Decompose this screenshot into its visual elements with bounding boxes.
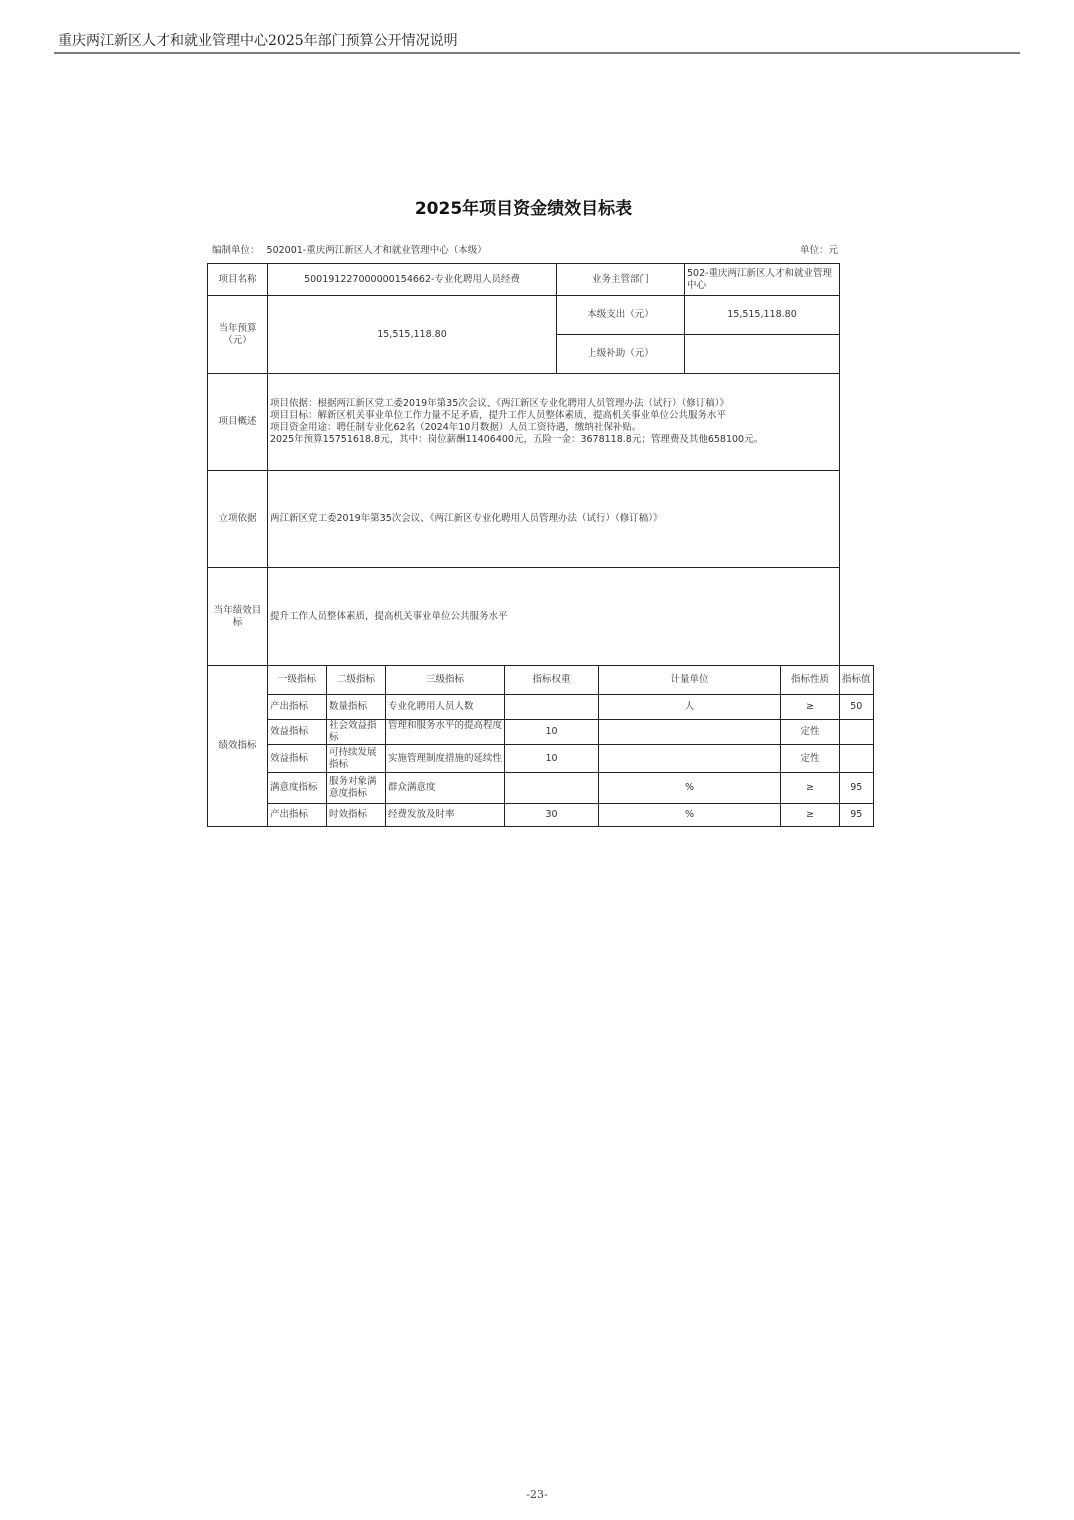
header-rule: [54, 52, 1020, 54]
upper-subsidy-label: 上级补助（元）: [557, 335, 685, 374]
compiling-unit: 编制单位： 502001-重庆两江新区人才和就业管理中心（本级）: [212, 242, 487, 256]
indicator-nature: 定性: [781, 720, 840, 745]
project-name-label: 项目名称: [208, 264, 268, 296]
indicator-row: 效益指标 社会效益指标 管理和服务水平的提高程度 10 定性: [208, 720, 874, 745]
indicator-value: 95: [840, 804, 874, 827]
indicator-row: 产出指标 数量指标 专业化聘用人员人数 人 ≥ 50: [208, 695, 874, 720]
performance-target-table: 项目名称 500191227000000154662-专业化聘用人员经费 业务主…: [207, 263, 874, 827]
indicator-level3: 管理和服务水平的提高程度: [386, 720, 505, 745]
indicator-unit: 人: [599, 695, 781, 720]
indicator-level2: 社会效益指标: [327, 720, 386, 745]
indicator-weight: 10: [505, 720, 599, 745]
indicator-row: 满意度指标 服务对象满意度指标 群众满意度 % ≥ 95: [208, 773, 874, 804]
indicator-weight: 30: [505, 804, 599, 827]
indicator-level1: 产出指标: [268, 695, 327, 720]
compiling-unit-label: 编制单位：: [212, 245, 260, 256]
indicator-value: [840, 745, 874, 773]
basis-value: 两江新区党工委2019年第35次会议、《两江新区专业化聘用人员管理办法（试行）（…: [268, 471, 840, 568]
overview-label: 项目概述: [208, 374, 268, 471]
basis-label: 立项依据: [208, 471, 268, 568]
unit-label: 单位：元: [790, 242, 838, 256]
header-nature: 指标性质: [781, 666, 840, 695]
running-header: 重庆两江新区人才和就业管理中心2025年部门预算公开情况说明: [58, 30, 458, 50]
indicator-level1: 效益指标: [268, 745, 327, 773]
indicator-nature: ≥: [781, 695, 840, 720]
page-number: -23-: [0, 1488, 1074, 1501]
indicator-value: [840, 720, 874, 745]
header-level3: 三级指标: [386, 666, 505, 695]
indicator-weight: [505, 773, 599, 804]
compiling-unit-value: 502001-重庆两江新区人才和就业管理中心（本级）: [267, 245, 487, 256]
project-name-value: 500191227000000154662-专业化聘用人员经费: [268, 264, 557, 296]
indicator-value: 50: [840, 695, 874, 720]
indicator-nature: ≥: [781, 773, 840, 804]
indicator-unit: [599, 720, 781, 745]
header-value: 指标值: [840, 666, 874, 695]
indicator-row: 产出指标 时效指标 经费发放及时率 30 % ≥ 95: [208, 804, 874, 827]
row-project-name: 项目名称 500191227000000154662-专业化聘用人员经费 业务主…: [208, 264, 874, 296]
indicator-level1: 效益指标: [268, 720, 327, 745]
row-goal: 当年绩效目标 提升工作人员整体素质，提高机关事业单位公共服务水平: [208, 568, 874, 666]
indicator-level2: 服务对象满意度指标: [327, 773, 386, 804]
indicator-level1: 满意度指标: [268, 773, 327, 804]
upper-subsidy-value: [685, 335, 840, 374]
indicator-level3: 群众满意度: [386, 773, 505, 804]
document-title: 2025年项目资金绩效目标表: [0, 194, 1047, 219]
indicator-level2: 时效指标: [327, 804, 386, 827]
budget-label: 当年预算（元）: [208, 296, 268, 374]
goal-label: 当年绩效目标: [208, 568, 268, 666]
indicator-level3: 经费发放及时率: [386, 804, 505, 827]
header-weight: 指标权重: [505, 666, 599, 695]
indicator-level2: 数量指标: [327, 695, 386, 720]
local-expenditure-value: 15,515,118.80: [685, 296, 840, 335]
indicator-unit: %: [599, 773, 781, 804]
indicator-level3: 专业化聘用人员人数: [386, 695, 505, 720]
overview-line: 项目目标：解新区机关事业单位工作力量不足矛盾，提升工作人员整体素质，提高机关事业…: [270, 410, 837, 422]
budget-value: 15,515,118.80: [268, 296, 557, 374]
indicator-row: 效益指标 可持续发展指标 实施管理制度措施的延续性 10 定性: [208, 745, 874, 773]
overview-line: 项目资金用途：聘任制专业化62名（2024年10月数据）人员工资待遇，缴纳社保补…: [270, 422, 837, 434]
header-level1: 一级指标: [268, 666, 327, 695]
indicator-unit: %: [599, 804, 781, 827]
goal-value: 提升工作人员整体素质，提高机关事业单位公共服务水平: [268, 568, 840, 666]
indicator-weight: [505, 695, 599, 720]
indicator-level3-text: 管理和服务水平的提高程度: [388, 720, 502, 744]
indicator-nature: ≥: [781, 804, 840, 827]
dept-value: 502-重庆两江新区人才和就业管理中心: [685, 264, 840, 296]
indicator-value: 95: [840, 773, 874, 804]
indicator-nature: 定性: [781, 745, 840, 773]
row-overview: 项目概述 项目依据：根据两江新区党工委2019年第35次会议、《两江新区专业化聘…: [208, 374, 874, 471]
row-basis: 立项依据 两江新区党工委2019年第35次会议、《两江新区专业化聘用人员管理办法…: [208, 471, 874, 568]
indicator-level2-text: 社会效益指标: [329, 720, 383, 744]
indicators-label: 绩效指标: [208, 666, 268, 827]
indicator-level3: 实施管理制度措施的延续性: [386, 745, 505, 773]
row-budget: 当年预算（元） 15,515,118.80 本级支出（元） 15,515,118…: [208, 296, 874, 335]
indicator-level1: 产出指标: [268, 804, 327, 827]
header-unit: 计量单位: [599, 666, 781, 695]
local-expenditure-label: 本级支出（元）: [557, 296, 685, 335]
header-level2: 二级指标: [327, 666, 386, 695]
overview-line: 项目依据：根据两江新区党工委2019年第35次会议、《两江新区专业化聘用人员管理…: [270, 398, 837, 410]
indicator-unit: [599, 745, 781, 773]
overview-value: 项目依据：根据两江新区党工委2019年第35次会议、《两江新区专业化聘用人员管理…: [268, 374, 840, 471]
overview-line: 2025年预算15751618.8元，其中：岗位薪酬11406400元，五险一金…: [270, 434, 837, 446]
indicator-header-row: 绩效指标 一级指标 二级指标 三级指标 指标权重 计量单位 指标性质 指标值: [208, 666, 874, 695]
dept-label: 业务主管部门: [557, 264, 685, 296]
indicator-level2: 可持续发展指标: [327, 745, 386, 773]
indicator-weight: 10: [505, 745, 599, 773]
